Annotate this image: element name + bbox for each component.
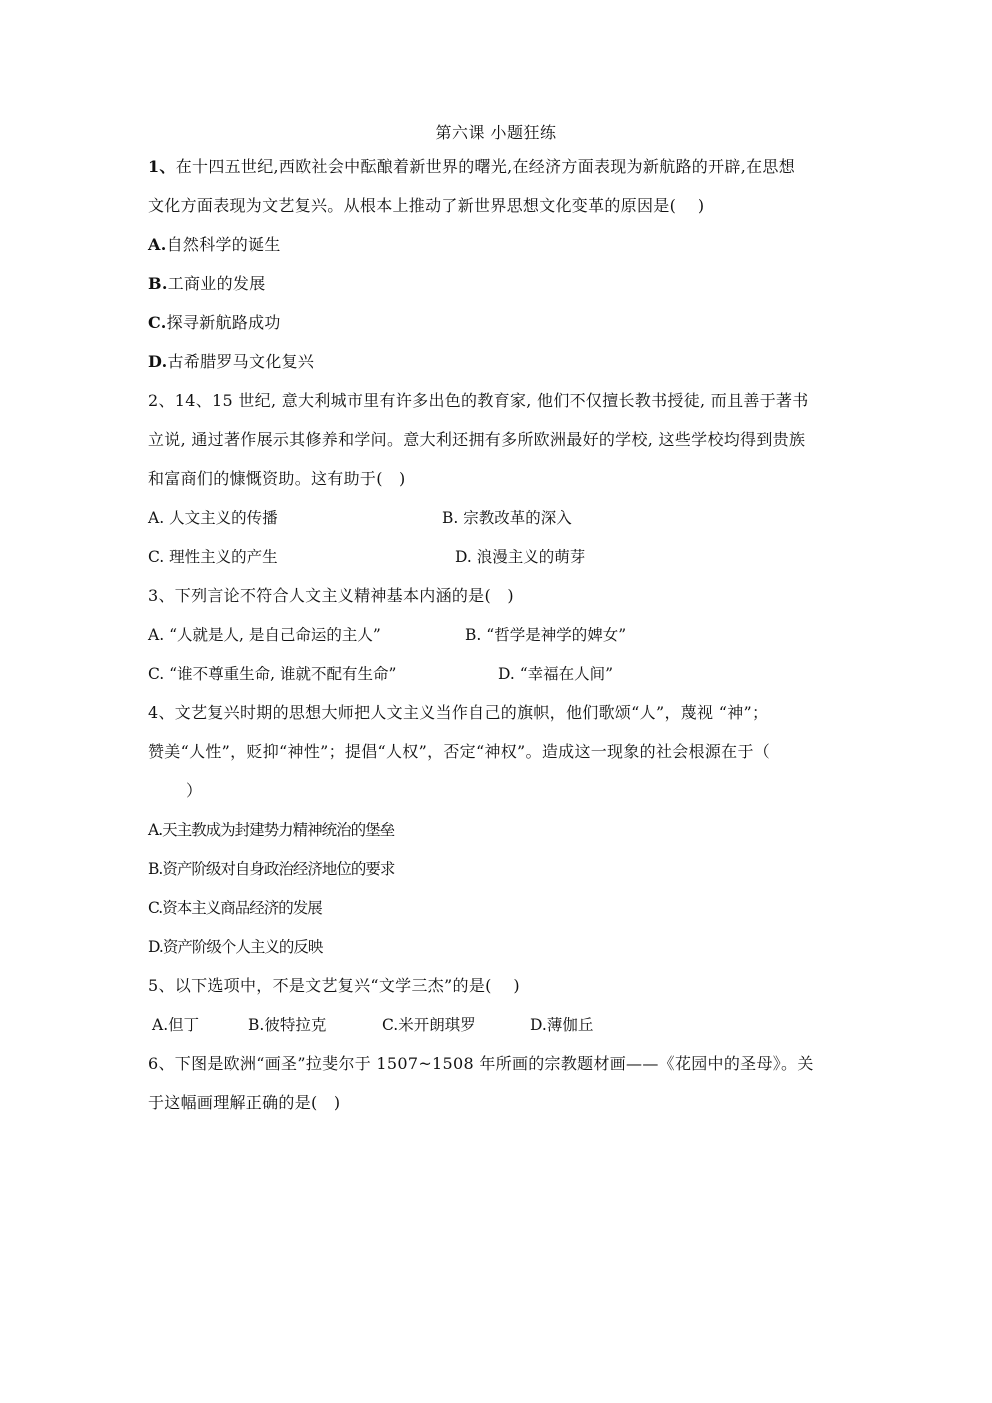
question-5-option-a: A.但丁 (152, 1015, 199, 1035)
option-label: C. (148, 665, 164, 683)
option-text: “哲学是神学的婢女” (486, 626, 626, 644)
option-text: 薄伽丘 (547, 1016, 594, 1034)
question-2-option-b: B. 宗教改革的深入 (442, 508, 572, 528)
question-2-option-a: A. 人文主义的传播 (148, 508, 278, 528)
question-1-line-2: 文化方面表现为文艺复兴。从根本上推动了新世界思想文化变革的原因是( ) (148, 196, 704, 216)
option-text: 古希腊罗马文化复兴 (167, 352, 314, 371)
option-label: D. (148, 352, 167, 371)
question-6-line-1: 6、下图是欧洲“画圣”拉斐尔于 1507~1508 年所画的宗教题材画——《花园… (148, 1054, 814, 1074)
option-label: B. (248, 1016, 264, 1034)
question-5-option-d: D.薄伽丘 (530, 1015, 593, 1035)
question-4-text-1: 文艺复兴时期的思想大师把人文主义当作自己的旗帜，他们歌颂“人”，蔑视 “神”； (175, 703, 769, 722)
option-label: C. (148, 548, 164, 566)
question-2-text-1: 14、15 世纪, 意大利城市里有许多出色的教育家, 他们不仅擅长教书授徒, 而… (175, 391, 809, 410)
question-5-text-1: 以下选项中，不是文艺复兴“文学三杰”的是( ) (175, 976, 520, 995)
question-2-line-1: 2、14、15 世纪, 意大利城市里有许多出色的教育家, 他们不仅擅长教书授徒,… (148, 391, 809, 411)
option-text: 资产阶级个人主义的反映 (163, 938, 323, 956)
question-3-line-1: 3、下列言论不符合人文主义精神基本内涵的是( ) (148, 586, 514, 606)
option-text: 但丁 (168, 1016, 199, 1034)
option-label: A. (148, 509, 164, 527)
option-label: B. (442, 509, 458, 527)
document-page: 第六课 小题狂练 1、在十四五世纪,西欧社会中酝酿着新世界的曙光,在经济方面表现… (0, 0, 992, 1403)
question-4-line-1: 4、文艺复兴时期的思想大师把人文主义当作自己的旗帜，他们歌颂“人”，蔑视 “神”… (148, 703, 768, 723)
option-label: B. (465, 626, 481, 644)
question-5-number: 5、 (148, 976, 175, 995)
question-4-number: 4、 (148, 703, 175, 722)
option-text: “谁不尊重生命, 谁就不配有生命” (169, 665, 396, 683)
option-label: D. (498, 665, 515, 683)
question-2-line-3: 和富商们的慷慨资助。这有助于( ) (148, 469, 406, 489)
question-1-option-b: B.工商业的发展 (148, 274, 266, 294)
option-label: A. (148, 235, 167, 254)
option-text: 宗教改革的深入 (463, 509, 572, 527)
option-label: B. (148, 274, 168, 293)
question-3-option-d: D. “幸福在人间” (498, 664, 613, 684)
option-text: 天主教成为封建势力精神统治的堡垒 (162, 821, 394, 839)
question-3-number: 3、 (148, 586, 175, 605)
question-2-line-2: 立说, 通过著作展示其修养和学问。意大利还拥有多所欧洲最好的学校, 这些学校均得… (148, 430, 805, 450)
option-label: C. (382, 1016, 398, 1034)
question-1-line-1: 1、在十四五世纪,西欧社会中酝酿着新世界的曙光,在经济方面表现为新航路的开辟,在… (148, 157, 795, 177)
question-6-number: 6、 (148, 1054, 175, 1073)
question-6-line-2: 于这幅画理解正确的是( ) (148, 1093, 340, 1113)
option-label: B. (148, 860, 162, 878)
option-text: 自然科学的诞生 (167, 235, 281, 254)
question-2-option-d: D. 浪漫主义的萌芽 (455, 547, 585, 567)
question-4-line-3: ） (186, 781, 202, 801)
option-label: C. (148, 899, 162, 917)
question-1-option-a: A.自然科学的诞生 (148, 235, 281, 255)
question-1-option-c: C.探寻新航路成功 (148, 313, 281, 333)
question-5-option-b: B.彼特拉克 (248, 1015, 326, 1035)
question-5-line-1: 5、以下选项中，不是文艺复兴“文学三杰”的是( ) (148, 976, 520, 996)
question-3-option-c: C. “谁不尊重生命, 谁就不配有生命” (148, 664, 396, 684)
question-4-option-a: A.天主教成为封建势力精神统治的堡垒 (148, 820, 394, 840)
option-text: 资本主义商品经济的发展 (162, 899, 322, 917)
question-4-option-b: B.资产阶级对自身政治经济地位的要求 (148, 859, 394, 879)
option-label: D. (530, 1016, 547, 1034)
option-label: A. (148, 626, 164, 644)
question-4-option-c: C.资本主义商品经济的发展 (148, 898, 322, 918)
option-text: 工商业的发展 (168, 274, 266, 293)
question-3-text-1: 下列言论不符合人文主义精神基本内涵的是( ) (175, 586, 514, 605)
option-text: 理性主义的产生 (169, 548, 278, 566)
question-1-text-1: 在十四五世纪,西欧社会中酝酿着新世界的曙光,在经济方面表现为新航路的开辟,在思想 (176, 157, 795, 176)
question-1-option-d: D.古希腊罗马文化复兴 (148, 352, 314, 372)
page-title: 第六课 小题狂练 (0, 123, 992, 143)
option-label: D. (148, 938, 163, 956)
option-text: 人文主义的传播 (169, 509, 278, 527)
option-text: 米开朗琪罗 (398, 1016, 476, 1034)
option-label: A. (152, 1016, 168, 1034)
question-3-option-a: A. “人就是人, 是自己命运的主人” (148, 625, 381, 645)
option-label: C. (148, 313, 167, 332)
question-5-option-c: C.米开朗琪罗 (382, 1015, 476, 1035)
question-6-text-1: 下图是欧洲“画圣”拉斐尔于 1507~1508 年所画的宗教题材画——《花园中的… (175, 1054, 814, 1073)
question-4-line-2: 赞美“人性”，贬抑“神性”；提倡“人权”，否定“神权”。造成这一现象的社会根源在… (148, 742, 770, 762)
option-text: 资产阶级对自身政治经济地位的要求 (162, 860, 394, 878)
option-text: 探寻新航路成功 (167, 313, 281, 332)
question-2-option-c: C. 理性主义的产生 (148, 547, 278, 567)
question-3-option-b: B. “哲学是神学的婢女” (465, 625, 626, 645)
option-text: “幸福在人间” (520, 665, 613, 683)
option-text: 彼特拉克 (264, 1016, 326, 1034)
question-2-number: 2、 (148, 391, 175, 410)
option-label: A. (148, 821, 162, 839)
option-text: 浪漫主义的萌芽 (477, 548, 586, 566)
question-1-number: 1、 (148, 157, 176, 176)
option-text: “人就是人, 是自己命运的主人” (169, 626, 381, 644)
option-label: D. (455, 548, 472, 566)
question-4-option-d: D.资产阶级个人主义的反映 (148, 937, 322, 957)
